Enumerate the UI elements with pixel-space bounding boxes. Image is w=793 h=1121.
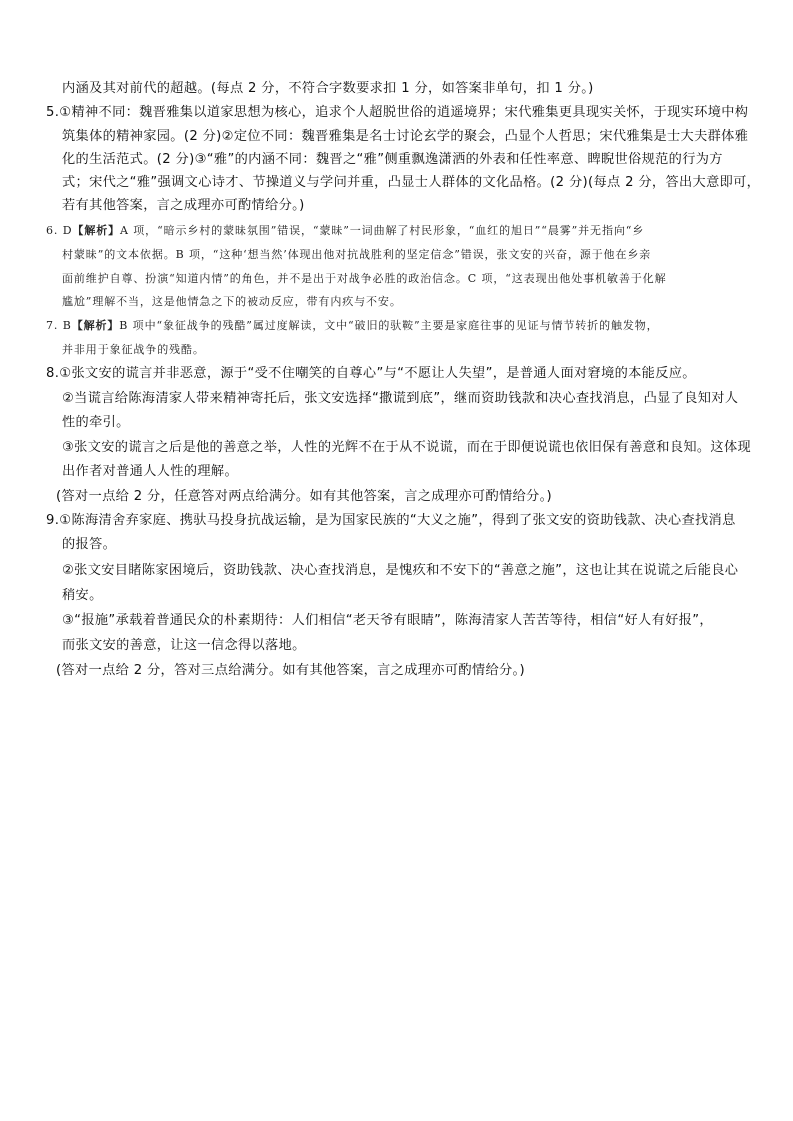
q9-line-4: 稍安。 (62, 587, 103, 605)
q6-analysis-tag: 【解析】 (72, 224, 120, 237)
q6-line-2: 村蒙昧”的文本依据。B 项，“这种‘想当然’体现出他对抗战胜利的坚定信念”错误，… (62, 246, 651, 264)
q7-line-2: 并非用于象征战争的残酷。 (62, 341, 205, 359)
q5-line-5: 若有其他答案，言之成理亦可酌情给分。) (62, 197, 305, 215)
q9-line-6: 而张文安的善意，让这一信念得以落地。 (62, 637, 306, 655)
q9-line-1: 9.①陈海清舍弃家庭、携驮马投身抗战运输，是为国家民族的“大义之施”，得到了张文… (46, 512, 736, 530)
q6-text: A 项，“暗示乡村的蒙昧氛围”错误，“蒙昧”一词曲解了村民形象，“血红的旭日”“… (120, 224, 644, 237)
q7-line-1: 7. B【解析】B 项中“象征战争的残酷”属过度解读，文中“破旧的驮鞍”主要是家… (46, 317, 659, 335)
q6-number: 6. D (46, 224, 72, 237)
q7-text: B 项中“象征战争的残酷”属过度解读，文中“破旧的驮鞍”主要是家庭往事的见证与情… (119, 319, 658, 332)
q4-continuation-line: 内涵及其对前代的超越。(每点 2 分，不符合字数要求扣 1 分，如答案非单句，扣… (62, 80, 594, 98)
answer-key-page: 内涵及其对前代的超越。(每点 2 分，不符合字数要求扣 1 分，如答案非单句，扣… (0, 0, 793, 1121)
q8-scoring-note: (答对一点给 2 分，任意答对两点给满分。如有其他答案，言之成理亦可酌情给分。) (56, 488, 552, 506)
q9-line-3: ②张文安目睹陈家困境后，资助钱款、决心查找消息，是愧疚和不安下的“善意之施”，这… (62, 562, 738, 580)
q8-line-1: 8.①张文安的谎言并非恶意，源于“受不住嘲笑的自尊心”与“不愿让人失望”，是普通… (46, 365, 696, 383)
q5-line-3: 化的生活范式。(2 分)③“雅”的内涵不同：魏晋之“雅”侧重飘逸潇洒的外表和任性… (62, 151, 723, 169)
q5-line-4: 式；宋代之“雅”强调文心诗才、节操道义与学问并重，凸显士人群体的文化品格。(2 … (62, 174, 760, 192)
q8-line-5: 出作者对普通人人性的理解。 (62, 463, 238, 481)
q8-line-3: 性的牵引。 (62, 414, 130, 432)
q9-line-2: 的报答。 (62, 536, 116, 554)
q5-line-2: 筑集体的精神家园。(2 分)②定位不同：魏晋雅集是名士讨论玄学的聚会，凸显个人哲… (62, 128, 748, 146)
q9-scoring-note: (答对一点给 2 分，答对三点给满分。如有其他答案，言之成理亦可酌情给分。) (56, 662, 525, 680)
q5-line-1: 5.①精神不同：魏晋雅集以道家思想为核心，追求个人超脱世俗的逍遥境界；宋代雅集更… (46, 104, 748, 122)
q8-line-2: ②当谎言给陈海清家人带来精神寄托后，张文安选择“撒谎到底”，继而资助钱款和决心查… (62, 390, 738, 408)
q7-analysis-tag: 【解析】 (72, 319, 120, 332)
q7-number: 7. B (46, 319, 72, 332)
q9-line-5: ③“报施”承载着普通民众的朴素期待：人们相信“老天爷有眼睛”，陈海清家人苦苦等待… (62, 612, 713, 630)
q8-line-4: ③张文安的谎言之后是他的善意之举，人性的光辉不在于从不说谎，而在于即便说谎也依旧… (62, 439, 751, 457)
q6-line-4: 尴尬”理解不当，这是他情急之下的被动反应，带有内疚与不安。 (62, 293, 402, 311)
q6-line-1: 6. D【解析】A 项，“暗示乡村的蒙昧氛围”错误，“蒙昧”一词曲解了村民形象，… (46, 222, 644, 240)
q6-line-3: 面前维护自尊、扮演“知道内情”的角色，并不是出于对战争必胜的政治信念。C 项，“… (62, 270, 666, 288)
